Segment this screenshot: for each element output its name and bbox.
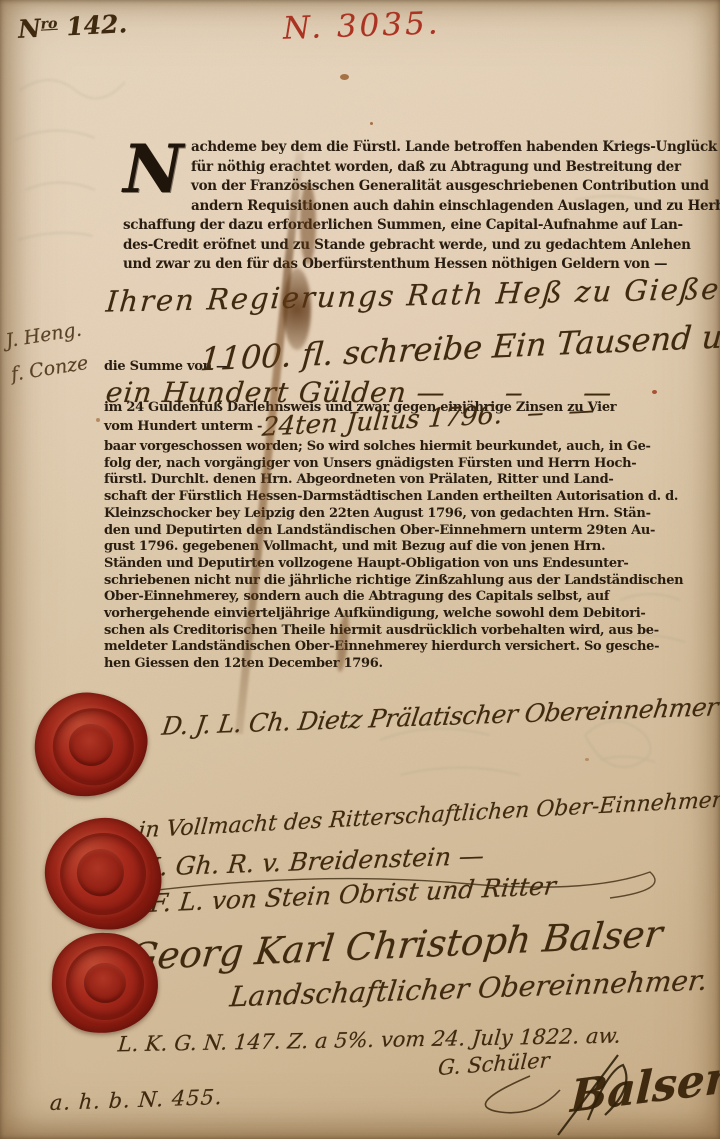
historical-bond-document: Nro 142. N. 3035. N achdeme bey dem die …	[0, 0, 720, 1139]
document-number: Nro 142.	[17, 9, 128, 44]
stain-blob-mid	[283, 268, 311, 350]
paper-speck	[96, 418, 100, 422]
printed-paragraph-1: N achdeme bey dem die Fürstl. Lande betr…	[123, 138, 663, 275]
document-number-value: 142.	[66, 9, 128, 41]
printed-text-line: gust 1796. gegebenen Vollmacht, und mit …	[104, 539, 656, 556]
printed-text-line: schaft der Fürstlich Hessen-Darmstädtisc…	[104, 489, 656, 506]
signature-flourish	[130, 862, 670, 922]
printed-text-line: den und Deputirten den Landständischen O…	[104, 523, 656, 540]
document-number-superscript: ro	[40, 16, 58, 33]
margin-note: J. Heng. f. Conze	[3, 312, 91, 391]
printed-text-line: meldeter Landständischen Ober-Einnehmere…	[104, 639, 656, 656]
dropcap-initial: N	[123, 138, 191, 198]
printed-text-line: baar vorgeschossen worden; So wird solch…	[104, 439, 656, 456]
printed-text-line: schriebenen nicht nur die jährliche rich…	[104, 573, 656, 590]
paper-speck	[370, 122, 373, 125]
printed-paragraph-2: baar vorgeschossen worden; So wird solch…	[104, 439, 656, 673]
paper-speck	[652, 390, 657, 394]
registry-number: N. 3035.	[282, 5, 441, 46]
printed-date-prefix: vom Hundert unterm -	[104, 419, 262, 434]
balser-monogram-flourish	[548, 1050, 718, 1139]
paper-speck	[340, 74, 349, 80]
printed-text-line: schaffung der dazu erforderlichen Summen…	[123, 216, 663, 236]
printed-text-line: Ständen und Deputirten vollzogene Haupt-…	[104, 556, 656, 573]
printed-text-line: schen als Creditorischen Theile hiermit …	[104, 623, 656, 640]
printed-text-line: Ober-Einnehmerey, sondern auch die Abtra…	[104, 589, 656, 606]
printed-text-line: andern Requisitionen auch dahin einschla…	[123, 197, 663, 217]
printed-text-line: achdeme bey dem die Fürstl. Lande betrof…	[123, 138, 663, 158]
printed-text-line: für nöthig erachtet worden, daß zu Abtra…	[123, 158, 663, 178]
printed-text-line: und zwar zu den für das Oberfürstenthum …	[123, 255, 663, 275]
printed-text-line: von der Französischen Generalität ausges…	[123, 177, 663, 197]
printed-text-line: Kleinzschocker bey Leipzig den 22ten Aug…	[104, 506, 656, 523]
paper-speck	[585, 758, 589, 761]
printed-text-line: des-Credit eröfnet und zu Stande gebrach…	[123, 236, 663, 256]
printed-text-line: vorhergehende einvierteljährige Aufkündi…	[104, 606, 656, 623]
stain-blob-top	[300, 182, 316, 264]
printed-text-line: fürstl. Durchlt. denen Hrn. Abgeordneten…	[104, 472, 656, 489]
printed-text-line: folg der, nach vorgängiger von Unsers gn…	[104, 456, 656, 473]
document-number-prefix: N	[17, 14, 41, 44]
printed-text-line: hen Giessen den 12ten December 1796.	[104, 656, 656, 673]
